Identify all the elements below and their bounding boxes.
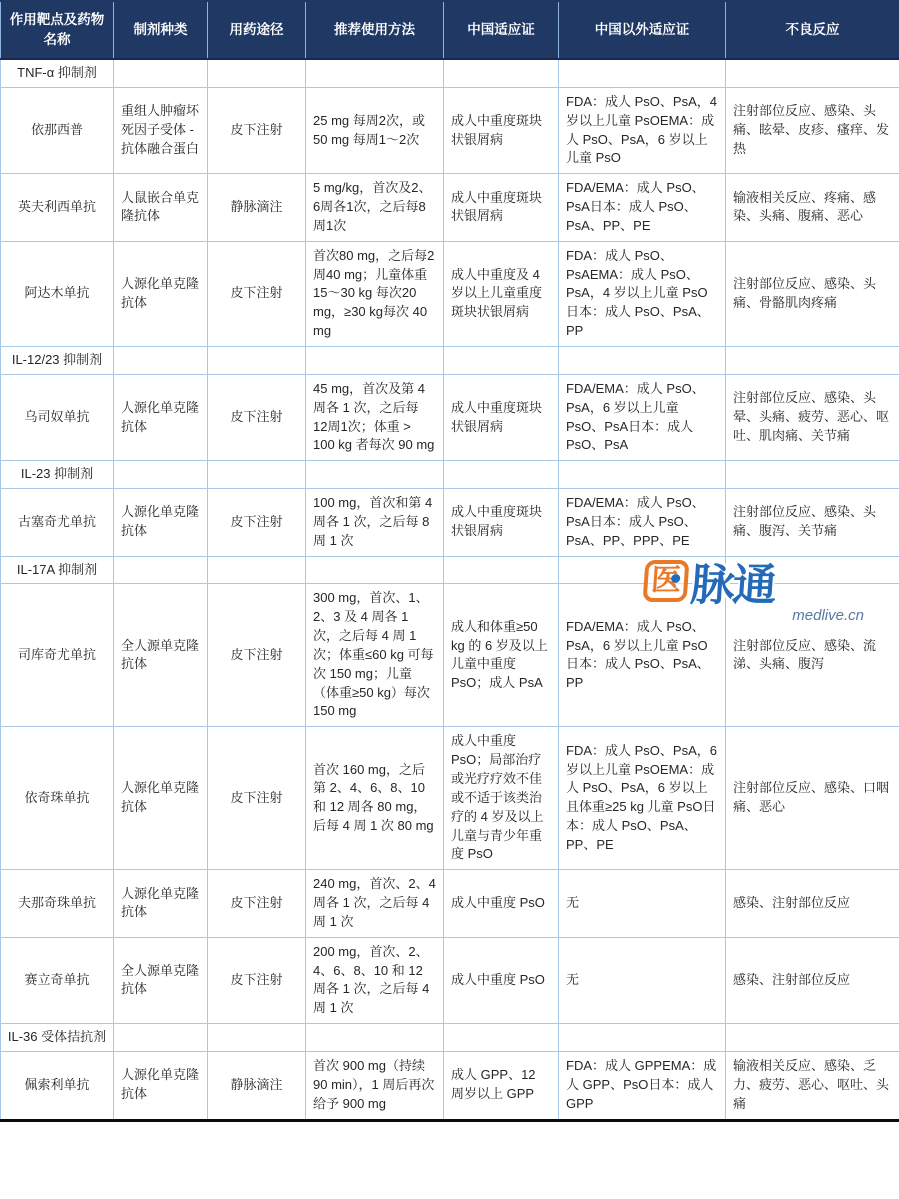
cell-route: 皮下注射	[208, 937, 306, 1023]
column-header-adverse: 不良反应	[726, 1, 899, 59]
cell-formulation: 全人源单克隆抗体	[114, 937, 208, 1023]
section-row: IL-17A 抑制剂	[1, 556, 899, 584]
empty-cell	[726, 59, 899, 87]
empty-cell	[114, 346, 208, 374]
cell-name: 英夫利西单抗	[1, 174, 114, 242]
cell-usage: 25 mg 每周2次，或 50 mg 每周1～2次	[306, 87, 444, 173]
cell-adverse: 输液相关反应、感染、乏力、疲劳、恶心、呕吐、头痛	[726, 1051, 899, 1120]
cell-abroad: FDA/EMA：成人 PsO、PsA，6 岁以上儿童 PsO日本：成人 PsO、…	[559, 584, 726, 727]
drug-row: 司库奇尤单抗全人源单克隆抗体皮下注射300 mg，首次、1、2、3 及 4 周各…	[1, 584, 899, 727]
cell-abroad: FDA/EMA：成人 PsO、PsA，6 岁以上儿童 PsO、PsA日本：成人 …	[559, 374, 726, 460]
cell-route: 皮下注射	[208, 241, 306, 346]
section-label: IL-36 受体拮抗剂	[1, 1024, 114, 1052]
section-label: TNF-α 抑制剂	[1, 59, 114, 87]
cell-abroad: FDA：成人 PsO、PsA，6 岁以上儿童 PsOEMA：成人 PsO、PsA…	[559, 727, 726, 870]
empty-cell	[726, 556, 899, 584]
empty-cell	[114, 1024, 208, 1052]
empty-cell	[444, 1024, 559, 1052]
cell-formulation: 人源化单克隆抗体	[114, 870, 208, 938]
empty-cell	[444, 461, 559, 489]
column-header-formulation: 制剂种类	[114, 1, 208, 59]
cell-adverse: 感染、注射部位反应	[726, 870, 899, 938]
cell-route: 皮下注射	[208, 727, 306, 870]
cell-name: 乌司奴单抗	[1, 374, 114, 460]
cell-usage: 200 mg，首次、2、4、6、8、10 和 12 周各 1 次，之后每 4 周…	[306, 937, 444, 1023]
cell-route: 静脉滴注	[208, 1051, 306, 1120]
cell-china: 成人中重度 PsO	[444, 937, 559, 1023]
drug-row: 赛立奇单抗全人源单克隆抗体皮下注射200 mg，首次、2、4、6、8、10 和 …	[1, 937, 899, 1023]
drug-row: 乌司奴单抗人源化单克隆抗体皮下注射45 mg，首次及第 4 周各 1 次，之后每…	[1, 374, 899, 460]
cell-formulation: 重组人肿瘤坏死因子受体 - 抗体融合蛋白	[114, 87, 208, 173]
cell-usage: 100 mg，首次和第 4周各 1 次，之后每 8 周 1 次	[306, 489, 444, 557]
empty-cell	[559, 1024, 726, 1052]
cell-adverse: 注射部位反应、感染、口咽痛、恶心	[726, 727, 899, 870]
cell-formulation: 人源化单克隆抗体	[114, 489, 208, 557]
cell-adverse: 注射部位反应、感染、头痛、腹泻、关节痛	[726, 489, 899, 557]
section-row: IL-12/23 抑制剂	[1, 346, 899, 374]
cell-china: 成人中重度 PsO；局部治疗或光疗疗效不佳或不适于该类治疗的 4 岁及以上儿童与…	[444, 727, 559, 870]
cell-abroad: FDA：成人 GPPEMA：成人 GPP、PsO日本：成人 GPP	[559, 1051, 726, 1120]
cell-route: 皮下注射	[208, 374, 306, 460]
cell-china: 成人和体重≥50 kg 的 6 岁及以上儿童中重度 PsO；成人 PsA	[444, 584, 559, 727]
empty-cell	[306, 556, 444, 584]
cell-abroad: FDA：成人 PsO、PsAEMA：成人 PsO、PsA，4 岁以上儿童 PsO…	[559, 241, 726, 346]
cell-route: 皮下注射	[208, 489, 306, 557]
cell-adverse: 注射部位反应、感染、头痛、骨骼肌肉疼痛	[726, 241, 899, 346]
cell-china: 成人中重度及 4 岁以上儿童重度斑块状银屑病	[444, 241, 559, 346]
cell-abroad: 无	[559, 937, 726, 1023]
empty-cell	[306, 346, 444, 374]
section-row: TNF-α 抑制剂	[1, 59, 899, 87]
empty-cell	[444, 59, 559, 87]
cell-name: 夫那奇珠单抗	[1, 870, 114, 938]
section-label: IL-17A 抑制剂	[1, 556, 114, 584]
cell-china: 成人中重度斑块状银屑病	[444, 374, 559, 460]
cell-formulation: 人源化单克隆抗体	[114, 374, 208, 460]
cell-abroad: FDA：成人 PsO、PsA，4 岁以上儿童 PsOEMA：成人 PsO、PsA…	[559, 87, 726, 173]
empty-cell	[208, 556, 306, 584]
section-row: IL-23 抑制剂	[1, 461, 899, 489]
empty-cell	[208, 461, 306, 489]
cell-formulation: 全人源单克隆抗体	[114, 584, 208, 727]
drug-row: 阿达木单抗人源化单克隆抗体皮下注射首次80 mg，之后每2周40 mg；儿童体重…	[1, 241, 899, 346]
section-label: IL-23 抑制剂	[1, 461, 114, 489]
empty-cell	[114, 59, 208, 87]
drug-row: 古塞奇尤单抗人源化单克隆抗体皮下注射100 mg，首次和第 4周各 1 次，之后…	[1, 489, 899, 557]
cell-route: 皮下注射	[208, 87, 306, 173]
cell-china: 成人中重度斑块状银屑病	[444, 489, 559, 557]
empty-cell	[208, 59, 306, 87]
column-header-usage: 推荐使用方法	[306, 1, 444, 59]
cell-formulation: 人鼠嵌合单克隆抗体	[114, 174, 208, 242]
empty-cell	[559, 59, 726, 87]
column-header-route: 用药途径	[208, 1, 306, 59]
empty-cell	[114, 556, 208, 584]
cell-formulation: 人源化单克隆抗体	[114, 1051, 208, 1120]
cell-name: 阿达木单抗	[1, 241, 114, 346]
table-body: TNF-α 抑制剂依那西普重组人肿瘤坏死因子受体 - 抗体融合蛋白皮下注射25 …	[1, 59, 899, 1120]
empty-cell	[559, 346, 726, 374]
empty-cell	[559, 556, 726, 584]
cell-route: 皮下注射	[208, 584, 306, 727]
empty-cell	[726, 1024, 899, 1052]
empty-cell	[208, 1024, 306, 1052]
cell-china: 成人中重度 PsO	[444, 870, 559, 938]
empty-cell	[726, 346, 899, 374]
empty-cell	[306, 461, 444, 489]
drug-row: 夫那奇珠单抗人源化单克隆抗体皮下注射240 mg，首次、2、4 周各 1 次，之…	[1, 870, 899, 938]
empty-cell	[559, 461, 726, 489]
cell-usage: 首次 900 mg（持续 90 min），1 周后再次给予 900 mg	[306, 1051, 444, 1120]
cell-usage: 5 mg/kg，首次及2、6周各1次，之后每8周1次	[306, 174, 444, 242]
cell-usage: 首次80 mg，之后每2周40 mg；儿童体重15～30 kg 每次20 mg，…	[306, 241, 444, 346]
table-header-row: 作用靶点及药物名称制剂种类用药途径推荐使用方法中国适应证中国以外适应证不良反应	[1, 1, 899, 59]
section-label: IL-12/23 抑制剂	[1, 346, 114, 374]
column-header-abroad: 中国以外适应证	[559, 1, 726, 59]
empty-cell	[444, 556, 559, 584]
empty-cell	[444, 346, 559, 374]
cell-usage: 240 mg，首次、2、4 周各 1 次，之后每 4 周 1 次	[306, 870, 444, 938]
cell-usage: 300 mg，首次、1、2、3 及 4 周各 1 次，之后每 4 周 1 次；体…	[306, 584, 444, 727]
cell-name: 赛立奇单抗	[1, 937, 114, 1023]
cell-abroad: 无	[559, 870, 726, 938]
cell-route: 静脉滴注	[208, 174, 306, 242]
cell-adverse: 注射部位反应、感染、头痛、眩晕、皮疹、瘙痒、发热	[726, 87, 899, 173]
cell-name: 依奇珠单抗	[1, 727, 114, 870]
cell-route: 皮下注射	[208, 870, 306, 938]
empty-cell	[726, 461, 899, 489]
drug-row: 英夫利西单抗人鼠嵌合单克隆抗体静脉滴注5 mg/kg，首次及2、6周各1次，之后…	[1, 174, 899, 242]
cell-abroad: FDA/EMA：成人 PsO、PsA日本：成人 PsO、PsA、PP、PPP、P…	[559, 489, 726, 557]
empty-cell	[306, 59, 444, 87]
drug-row: 佩索利单抗人源化单克隆抗体静脉滴注首次 900 mg（持续 90 min），1 …	[1, 1051, 899, 1120]
cell-adverse: 注射部位反应、感染、流涕、头痛、腹泻	[726, 584, 899, 727]
cell-name: 佩索利单抗	[1, 1051, 114, 1120]
drug-row: 依奇珠单抗人源化单克隆抗体皮下注射首次 160 mg，之后第 2、4、6、8、1…	[1, 727, 899, 870]
cell-china: 成人中重度斑块状银屑病	[444, 174, 559, 242]
column-header-name: 作用靶点及药物名称	[1, 1, 114, 59]
cell-adverse: 输液相关反应、疼痛、感染、头痛、腹痛、恶心	[726, 174, 899, 242]
cell-name: 依那西普	[1, 87, 114, 173]
cell-usage: 45 mg，首次及第 4 周各 1 次，之后每 12周1次；体重 > 100 k…	[306, 374, 444, 460]
drug-row: 依那西普重组人肿瘤坏死因子受体 - 抗体融合蛋白皮下注射25 mg 每周2次，或…	[1, 87, 899, 173]
section-row: IL-36 受体拮抗剂	[1, 1024, 899, 1052]
cell-name: 司库奇尤单抗	[1, 584, 114, 727]
cell-china: 成人 GPP、12 周岁以上 GPP	[444, 1051, 559, 1120]
empty-cell	[114, 461, 208, 489]
cell-name: 古塞奇尤单抗	[1, 489, 114, 557]
cell-formulation: 人源化单克隆抗体	[114, 241, 208, 346]
cell-china: 成人中重度斑块状银屑病	[444, 87, 559, 173]
column-header-china: 中国适应证	[444, 1, 559, 59]
empty-cell	[208, 346, 306, 374]
empty-cell	[306, 1024, 444, 1052]
biologics-table: 作用靶点及药物名称制剂种类用药途径推荐使用方法中国适应证中国以外适应证不良反应 …	[0, 0, 899, 1122]
cell-usage: 首次 160 mg，之后第 2、4、6、8、10 和 12 周各 80 mg，后…	[306, 727, 444, 870]
cell-abroad: FDA/EMA：成人 PsO、PsA日本：成人 PsO、PsA、PP、PE	[559, 174, 726, 242]
cell-adverse: 感染、注射部位反应	[726, 937, 899, 1023]
cell-adverse: 注射部位反应、感染、头晕、头痛、疲劳、恶心、呕吐、肌肉痛、关节痛	[726, 374, 899, 460]
cell-formulation: 人源化单克隆抗体	[114, 727, 208, 870]
